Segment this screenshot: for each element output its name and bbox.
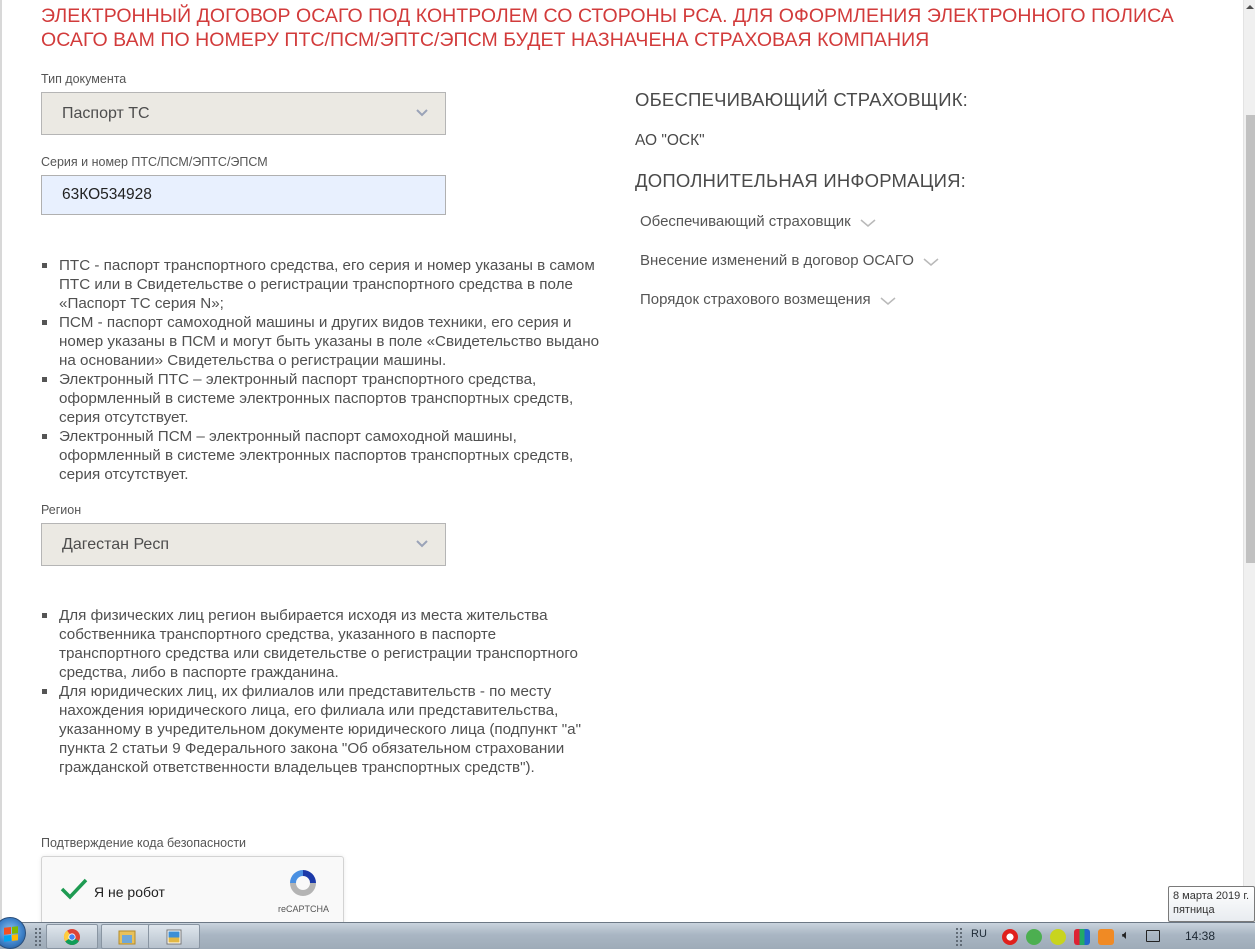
recaptcha-brand: reCAPTCHA — [278, 904, 329, 914]
network-icon[interactable] — [1146, 930, 1160, 942]
accordion-changes[interactable]: Внесение изменений в договор ОСАГО — [640, 252, 940, 269]
doc-type-select[interactable]: Паспорт ТС — [41, 92, 446, 135]
doc-number-label: Серия и номер ПТС/ПСМ/ЭПТС/ЭПСМ — [41, 155, 268, 169]
bullet-icon — [42, 263, 47, 268]
taskbar: RU 🔈︎ 14:38 — [0, 922, 1255, 949]
accordion-insurer[interactable]: Обеспечивающий страховщик — [640, 213, 877, 230]
orange-x-icon[interactable] — [1098, 929, 1114, 945]
doc-type-value: Паспорт ТС — [62, 105, 150, 123]
note-text: Для физических лиц регион выбирается исх… — [59, 607, 578, 681]
speaker-icon[interactable]: 🔈︎ — [1122, 927, 1138, 943]
checkmark-icon[interactable] — [59, 877, 89, 901]
taskbar-explorer-button[interactable] — [101, 924, 153, 949]
note-text: ПСМ - паспорт самоходной машины и других… — [59, 314, 599, 369]
region-note-item: Для юридических лиц, их филиалов или пре… — [41, 682, 601, 777]
taskbar-chrome-button[interactable] — [46, 924, 98, 949]
taskbar-grip[interactable] — [34, 927, 42, 947]
bullet-icon — [42, 320, 47, 325]
region-note-item: Для физических лиц регион выбирается исх… — [41, 606, 601, 682]
taskbar-clock[interactable]: 14:38 — [1185, 929, 1215, 943]
accordion-label: Обеспечивающий страховщик — [640, 213, 851, 230]
region-notes: Для физических лиц регион выбирается исх… — [41, 606, 601, 777]
region-select[interactable]: Дагестан Респ — [41, 523, 446, 566]
doc-type-notes: ПТС - паспорт транспортного средства, ег… — [41, 256, 601, 484]
insurer-heading: ОБЕСПЕЧИВАЮЩИЙ СТРАХОВЩИК: — [635, 89, 968, 111]
doc-note-item: ПТС - паспорт транспортного средства, ег… — [41, 256, 601, 313]
extra-info-heading: ДОПОЛНИТЕЛЬНАЯ ИНФОРМАЦИЯ: — [635, 170, 966, 192]
region-label: Регион — [41, 503, 81, 517]
language-indicator[interactable]: RU — [971, 928, 987, 940]
scroll-up-arrow-icon[interactable] — [1246, 5, 1254, 9]
tooltip-day: пятница — [1173, 903, 1250, 917]
recaptcha-logo-icon — [286, 866, 320, 900]
chevron-down-icon — [415, 537, 429, 551]
opera-icon[interactable] — [1002, 929, 1018, 945]
accordion-label: Порядок страхового возмещения — [640, 291, 871, 308]
doc-note-item: Электронный ПСМ – электронный паспорт са… — [41, 427, 601, 484]
bullet-icon — [42, 613, 47, 618]
insurer-value: АО "ОСК" — [635, 132, 705, 150]
chevron-down-icon — [879, 296, 897, 306]
taskbar-image-button[interactable] — [148, 924, 200, 949]
chevron-down-icon — [922, 257, 940, 267]
not-robot-label: Я не робот — [94, 884, 165, 900]
chevron-down-icon — [415, 106, 429, 120]
note-text: Электронный ПТС – электронный паспорт тр… — [59, 371, 573, 426]
viewport-edge — [0, 0, 2, 922]
security-shield-icon[interactable] — [1026, 929, 1042, 945]
doc-note-item: Электронный ПТС – электронный паспорт тр… — [41, 370, 601, 427]
bullet-icon — [42, 377, 47, 382]
date-tooltip: 8 марта 2019 г. пятница — [1168, 886, 1255, 922]
chevron-down-icon — [859, 218, 877, 228]
tooltip-date: 8 марта 2019 г. — [1173, 889, 1250, 903]
rubik-cube-icon[interactable] — [1074, 929, 1090, 945]
folder-icon — [118, 929, 136, 945]
rsa-notice-banner: ЭЛЕКТРОННЫЙ ДОГОВОР ОСАГО ПОД КОНТРОЛЕМ … — [41, 4, 1231, 52]
accordion-compensation[interactable]: Порядок страхового возмещения — [640, 291, 897, 308]
bullet-icon — [42, 689, 47, 694]
note-text: Электронный ПСМ – электронный паспорт са… — [59, 428, 573, 483]
vertical-scrollbar[interactable] — [1243, 0, 1255, 922]
start-button[interactable] — [0, 917, 26, 949]
scrollbar-thumb[interactable] — [1246, 115, 1255, 563]
doc-note-item: ПСМ - паспорт самоходной машины и других… — [41, 313, 601, 370]
recaptcha-widget[interactable]: Я не робот reCAPTCHA — [41, 856, 344, 922]
doc-type-label: Тип документа — [41, 72, 126, 86]
bullet-icon — [42, 434, 47, 439]
captcha-label: Подтверждение кода безопасности — [41, 836, 246, 850]
region-value: Дагестан Респ — [62, 536, 169, 554]
note-text: ПТС - паспорт транспортного средства, ег… — [59, 257, 595, 312]
windows-logo-icon — [4, 926, 18, 941]
yellow-plus-icon[interactable] — [1050, 929, 1066, 945]
doc-number-value: 63КО534928 — [62, 186, 152, 204]
doc-number-input[interactable]: 63КО534928 — [41, 175, 446, 215]
chrome-icon — [63, 928, 81, 946]
picture-icon — [166, 929, 182, 945]
accordion-label: Внесение изменений в договор ОСАГО — [640, 252, 914, 269]
browser-viewport: ЭЛЕКТРОННЫЙ ДОГОВОР ОСАГО ПОД КОНТРОЛЕМ … — [0, 0, 1243, 922]
note-text: Для юридических лиц, их филиалов или пре… — [59, 683, 581, 776]
tray-grip[interactable] — [955, 927, 963, 947]
